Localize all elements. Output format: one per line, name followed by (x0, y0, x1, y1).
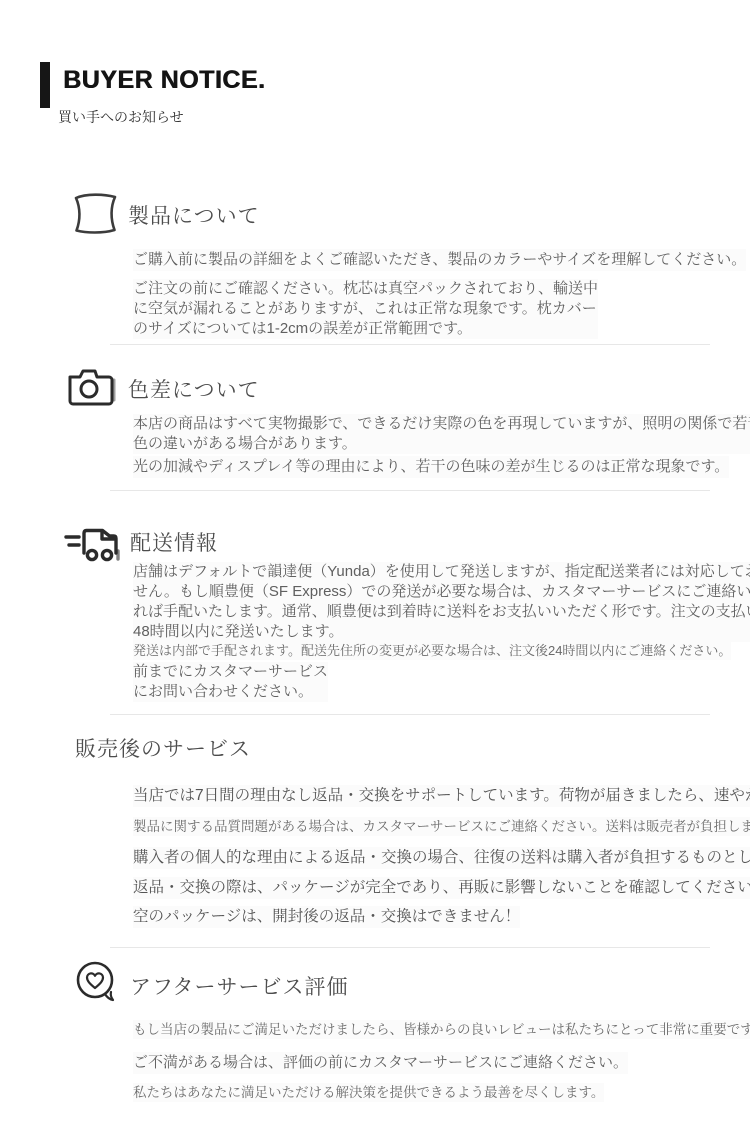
text-line: のサイズについては1-2cmの誤差が正常範囲です。 (133, 319, 598, 339)
section-divider (110, 344, 710, 345)
review-line-2: ご不満がある場合は、評価の前にカスタマーサービスにご連絡ください。 (133, 1052, 628, 1074)
page-subtitle: 買い手へのお知らせ (58, 107, 184, 127)
text-line: れば手配いたします。通常、順豊便は到着時に送料をお支払いいただく形です。注文の支… (133, 602, 750, 622)
products-paragraph-2: ご注文の前にご確認ください。枕芯は真空パックされており、輸送中 に空気が漏れるこ… (133, 279, 598, 339)
page-title: BUYER NOTICE. (63, 66, 265, 95)
section-heading-review: アフターサービス評価 (130, 971, 349, 1001)
title-accent-bar (40, 62, 50, 108)
section-heading-products: 製品について (128, 200, 260, 230)
text-line: 48時間以内に発送いたします。 (133, 622, 750, 642)
text-line: にお問い合わせください。 (133, 682, 328, 702)
heart-bubble-icon (72, 958, 124, 1008)
truck-icon (62, 517, 126, 565)
shipping-paragraph-3: 前までにカスタマーサービス にお問い合わせください。 (133, 662, 328, 702)
text-line: 店舗はデフォルトで韻達便（Yunda）を使用して発送しますが、指定配送業者には対… (133, 562, 750, 582)
section-heading-after-sales: 販売後のサービス (75, 733, 251, 763)
section-divider (110, 947, 710, 948)
color-paragraph-1: 本店の商品はすべて実物撮影で、できるだけ実際の色を再現していますが、照明の関係で… (133, 414, 750, 454)
section-divider (110, 490, 710, 491)
pillow-icon (70, 190, 120, 238)
after-sales-line-3: 購入者の個人的な理由による返品・交換の場合、往復の送料は購入者が負担するものとし… (133, 847, 750, 869)
after-sales-line-1: 当店では7日間の理由なし返品・交換をサポートしています。荷物が届きましたら、速や… (133, 785, 750, 807)
section-heading-color: 色差について (128, 374, 260, 404)
text-line: 色の違いがある場合があります。 (133, 434, 750, 454)
camera-icon (66, 364, 120, 410)
section-divider (110, 714, 710, 715)
text-line: 前までにカスタマーサービス (133, 662, 328, 682)
color-paragraph-2: 光の加減やディスプレイ等の理由により、若干の色味の差が生じるのは正常な現象です。 (133, 456, 729, 478)
shipping-paragraph-1: 店舗はデフォルトで韻達便（Yunda）を使用して発送しますが、指定配送業者には対… (133, 562, 750, 642)
products-paragraph-1: ご購入前に製品の詳細をよくご確認いただき、製品のカラーやサイズを理解してください… (133, 249, 746, 271)
after-sales-line-4: 返品・交換の際は、パッケージが完全であり、再販に影響しないことを確認してください… (133, 877, 750, 899)
review-line-1: もし当店の製品にご満足いただけましたら、皆様からの良いレビューは私たちにとって非… (133, 1020, 750, 1039)
after-sales-line-5: 空のパッケージは、開封後の返品・交換はできません！ (133, 906, 520, 928)
text-line: 本店の商品はすべて実物撮影で、できるだけ実際の色を再現していますが、照明の関係で… (133, 414, 750, 434)
text-line: に空気が漏れることがありますが、これは正常な現象です。枕カバー (133, 299, 598, 319)
shipping-note: 発送は内部で手配されます。配送先住所の変更が必要な場合は、注文後24時間以内にご… (133, 641, 731, 660)
text-line: ご注文の前にご確認ください。枕芯は真空パックされており、輸送中 (133, 279, 598, 299)
section-heading-shipping: 配送情報 (130, 527, 218, 557)
text-line: せん。もし順豊便（SF Express）での発送が必要な場合は、カスタマーサービ… (133, 582, 750, 602)
after-sales-line-2: 製品に関する品質問題がある場合は、カスタマーサービスにご連絡ください。送料は販売… (133, 817, 750, 836)
review-line-3: 私たちはあなたに満足いただける解決策を提供できるよう最善を尽くします。 (133, 1083, 604, 1102)
